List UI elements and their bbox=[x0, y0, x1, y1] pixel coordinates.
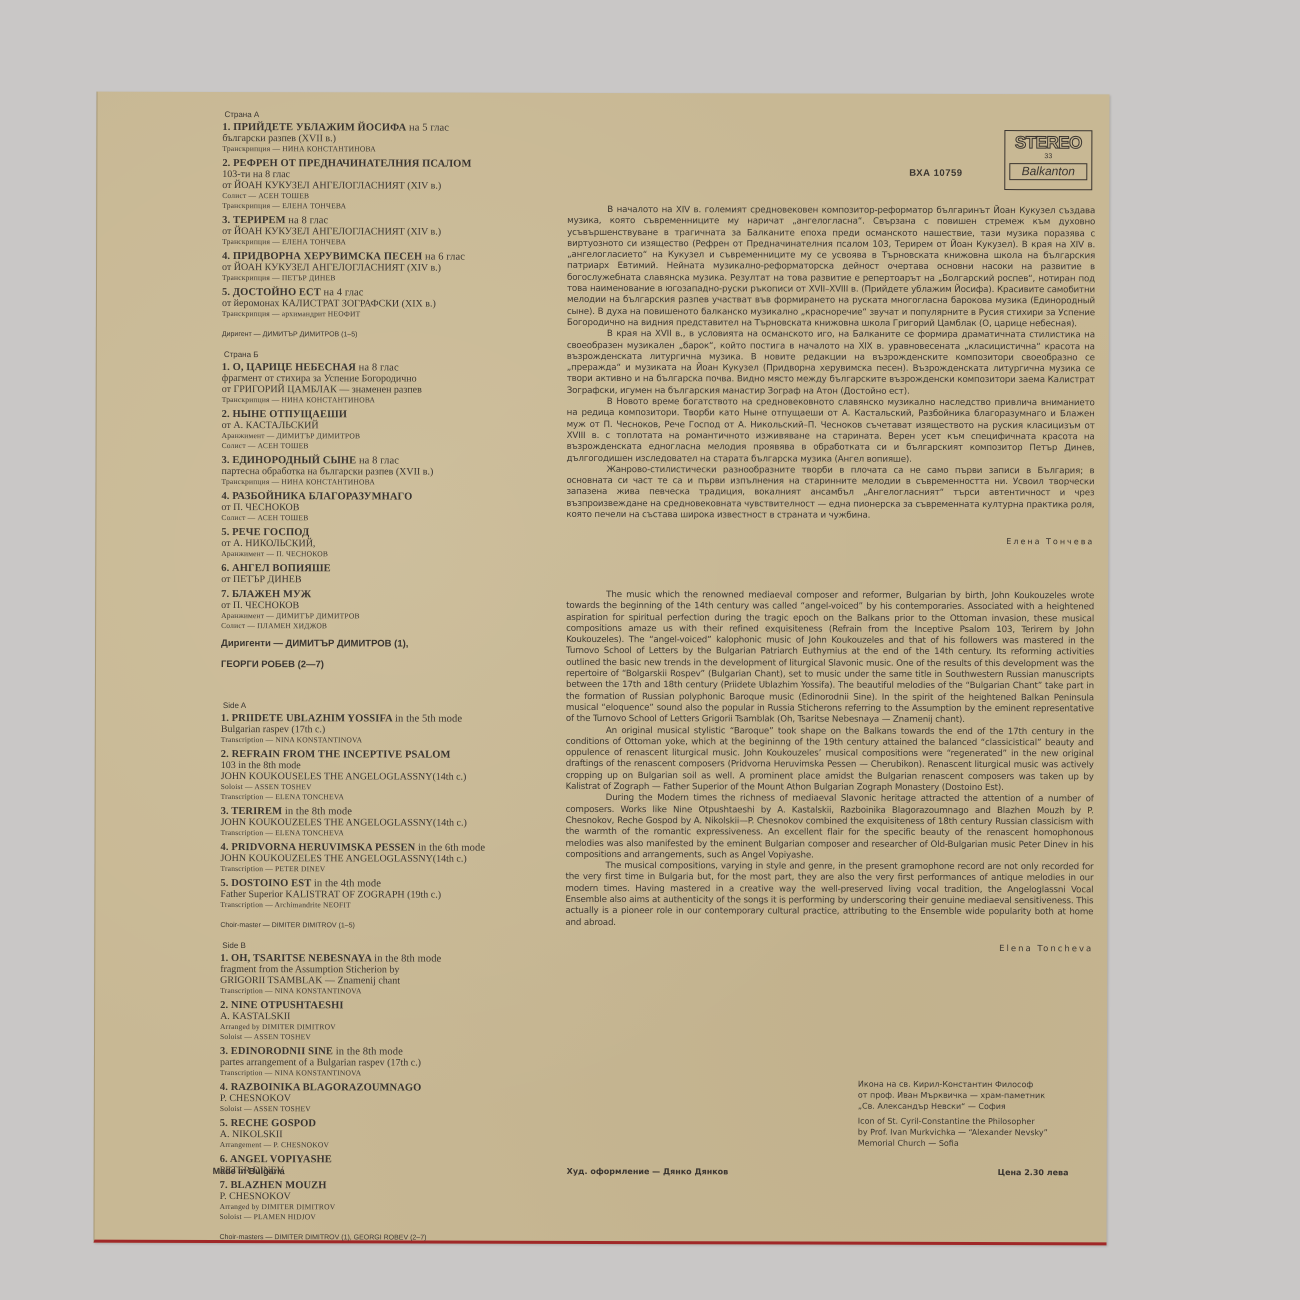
side-a-title-en: Side A bbox=[223, 701, 511, 711]
track-item: 5. РЕЧЕ ГОСПОДот А. НИКОЛЬСКИЙ,Аранжимен… bbox=[221, 527, 511, 560]
track-credit: Transcription — NINA KONSTANTINOVA bbox=[220, 986, 510, 997]
track-item: 3. EDINORODNII SINE in the 8th modeparte… bbox=[220, 1046, 510, 1079]
notes-paragraph: В края на XVII в., в условията на османс… bbox=[567, 329, 1095, 398]
track-credit: Soloist — ASSEN TOSHEV bbox=[220, 1032, 510, 1043]
track-credit: Солист — АСЕН ТОШЕВ bbox=[222, 441, 512, 452]
track-detail: fragment from the Assumption Sticherion … bbox=[220, 964, 510, 976]
track-detail: фрагмент от стихира за Успение Богородич… bbox=[222, 373, 512, 385]
signature-en: Elena Toncheva bbox=[565, 943, 1093, 956]
track-title: 4. РАЗБОЙНИКА БЛАГОРАЗУМНАГО bbox=[221, 491, 511, 503]
track-title: 5. РЕЧЕ ГОСПОД bbox=[221, 527, 511, 539]
track-detail: български разпев (XVII в.) bbox=[222, 133, 512, 145]
track-item: 2. НЫНЕ ОТПУЩАЕШИот А. КАСТАЛЬСКИЙАранжи… bbox=[222, 409, 512, 452]
track-mode: на 5 глас bbox=[409, 122, 449, 133]
track-detail: от П. ЧЕСНОКОВ bbox=[221, 502, 511, 514]
track-title: 2. НЫНЕ ОТПУЩАЕШИ bbox=[222, 409, 512, 421]
track-item: 5. DOSTOINO EST in the 4th modeFather Su… bbox=[220, 878, 510, 911]
track-detail: партесна обработка на български разпев (… bbox=[222, 466, 512, 478]
credit-line: by Prof. Ivan Murkvichka — “Alexander Ne… bbox=[858, 1127, 1098, 1139]
track-title: 4. RAZBOINIKA BLAGORAZOUMNAGO bbox=[220, 1082, 510, 1094]
track-item: 4. RAZBOINIKA BLAGORAZOUMNAGOP. CHESNOKO… bbox=[220, 1082, 510, 1115]
stereo-balkanton-logo: STEREO 33 Balkanton bbox=[1004, 130, 1092, 190]
side-b-tracks-bg: 1. О, ЦАРИЦЕ НЕБЕСНАЯ на 8 гласфрагмент … bbox=[221, 362, 512, 632]
track-mode: на 8 глас bbox=[288, 215, 328, 226]
track-detail: Father Superior KALISTRAT OF ZOGRAPH (19… bbox=[220, 889, 510, 901]
track-title: 2. РЕФРЕН ОТ ПРЕДНАЧИНАТЕЛНИЯ ПСАЛОМ bbox=[222, 158, 512, 170]
track-title: 5. ДОСТОЙНО ЕСТ на 4 глас bbox=[222, 287, 512, 299]
track-mode: in the 5th mode bbox=[395, 713, 462, 724]
notes-paragraph: The music which the renowned mediaeval c… bbox=[566, 590, 1094, 727]
track-mode: in the 4th mode bbox=[314, 878, 381, 889]
track-item: 3. ЕДИНОРОДНЫЙ СЫНЕ на 8 гласпартесна об… bbox=[221, 455, 511, 488]
notes-paragraph: Жанрово-стилистически разнообразните тво… bbox=[566, 465, 1094, 523]
tracklist-column: Страна А 1. ПРИЙДЕТЕ УБЛАЖИМ ЙОСИФА на 5… bbox=[219, 110, 512, 1254]
track-item: 2. NINE OTPUSHTAESHIA. KASTALSKIIArrange… bbox=[220, 1000, 510, 1043]
track-item: 1. О, ЦАРИЦЕ НЕБЕСНАЯ на 8 гласфрагмент … bbox=[222, 362, 512, 406]
track-title: 1. OH, TSARITSE NEBESNAYA in the 8th mod… bbox=[220, 953, 510, 965]
side-a-conductor-bg: Диригент — ДИМИТЪР ДИМИТРОВ (1–5) bbox=[222, 331, 512, 339]
track-item: 1. OH, TSARITSE NEBESNAYA in the 8th mod… bbox=[220, 953, 510, 997]
track-detail: GRIGORII TSAMBLAK — Znamenij chant bbox=[220, 975, 510, 987]
track-mode: in the 8th mode bbox=[336, 1046, 403, 1057]
track-title: 3. ТЕРИРЕМ на 8 глас bbox=[222, 215, 512, 227]
track-title: 2. NINE OTPUSHTAESHI bbox=[220, 1000, 510, 1012]
track-credit: Transcription — PETER DINEV bbox=[220, 864, 510, 875]
track-title: 1. О, ЦАРИЦЕ НЕБЕСНАЯ на 8 глас bbox=[222, 362, 512, 374]
track-mode: на 8 глас bbox=[359, 455, 399, 466]
side-b-conductors-en: Choir-masters — DIMITER DIMITROV (1), GE… bbox=[219, 1234, 509, 1242]
track-credit: Транскрипция — НИНА КОНСТАНТИНОВА bbox=[222, 395, 512, 406]
track-title: 4. PRIDVORNA HERUVIMSKA PESSEN in the 6t… bbox=[221, 842, 511, 854]
track-mode: in the 6th mode bbox=[418, 843, 485, 854]
track-detail: от ГРИГОРИЙ ЦАМБЛАК — знаменен разпев bbox=[222, 384, 512, 396]
track-detail: JOHN KOUKOUZELES THE ANGELOGLASSNY(14th … bbox=[220, 853, 510, 865]
side-b-title-bg: Страна Б bbox=[224, 350, 512, 360]
track-detail: 103-ти на 8 глас bbox=[222, 169, 512, 181]
credit-line: Icon of St. Cyril-Constantine the Philos… bbox=[858, 1116, 1098, 1128]
track-item: 1. ПРИЙДЕТЕ УБЛАЖИМ ЙОСИФА на 5 гласбълг… bbox=[222, 122, 512, 155]
cover-credit-en: Icon of St. Cyril-Constantine the Philos… bbox=[858, 1116, 1098, 1150]
track-credit: Transcription — Archimandrite NEOFIT bbox=[220, 900, 510, 911]
track-item: 5. RECHE GOSPODA. NIKOLSKIIArrangement —… bbox=[220, 1118, 510, 1151]
tracklist-bg: Страна А 1. ПРИЙДЕТЕ УБЛАЖИМ ЙОСИФА на 5… bbox=[221, 110, 512, 674]
liner-notes-en: The music which the renowned mediaeval c… bbox=[565, 590, 1094, 956]
track-credit: Транскрипция — НИНА КОНСТАНТИНОВА bbox=[221, 477, 511, 488]
notes-paragraph: В началото на XIV в. големият средновеко… bbox=[567, 205, 1095, 331]
track-detail: P. CHESNOKOV bbox=[220, 1093, 510, 1105]
balkanton-brand: Balkanton bbox=[1009, 163, 1087, 180]
made-in-label: Made in Bulgaria bbox=[213, 1166, 285, 1176]
credit-line: „Св. Александър Невски“ — София bbox=[858, 1101, 1098, 1113]
track-credit: Soloist — ASSEN TOSHEV bbox=[220, 1104, 510, 1115]
notes-paragraph: The musical compositions, varying in sty… bbox=[565, 861, 1093, 930]
track-detail: от ЙОАН КУКУЗЕЛ АНГЕЛОГЛАСНИЯТ (XIV в.) bbox=[222, 262, 512, 274]
track-credit: Транскрипция — ЕЛЕНА ТОНЧЕВА bbox=[222, 201, 512, 212]
track-credit: Транскрипция — ПЕТЪР ДИНЕВ bbox=[222, 273, 512, 284]
price-label: Цена 2.30 лева bbox=[998, 1168, 1069, 1177]
credit-line: Memorial Church — Sofia bbox=[858, 1138, 1098, 1150]
track-credit: Transcription — ELENA TONCHEVA bbox=[221, 828, 511, 839]
stereo-mark: STEREO bbox=[1005, 133, 1091, 153]
track-mode: на 4 глас bbox=[324, 287, 364, 298]
track-detail: от йеромонах КАЛИСТРАТ ЗОГРАФСКИ (XIX в.… bbox=[222, 298, 512, 310]
notes-paragraph: В Новото време богатството на средновеко… bbox=[567, 397, 1095, 466]
record-sleeve-back: Страна А 1. ПРИЙДЕТЕ УБЛАЖИМ ЙОСИФА на 5… bbox=[93, 92, 1109, 1246]
tracklist-en: Side A 1. PRIIDETE UBLAZHIM YOSSIFA in t… bbox=[219, 701, 510, 1242]
track-detail: partes arrangement of a Bulgarian raspev… bbox=[220, 1057, 510, 1069]
track-item: 4. PRIDVORNA HERUVIMSKA PESSEN in the 6t… bbox=[220, 842, 510, 875]
track-title: 6. ANGEL VOPIYASHE bbox=[220, 1154, 510, 1166]
track-title: 7. БЛАЖЕН МУЖ bbox=[221, 589, 511, 601]
track-mode: на 8 глас bbox=[359, 362, 399, 373]
track-item: 5. ДОСТОЙНО ЕСТ на 4 гласот йеромонах КА… bbox=[222, 287, 512, 320]
notes-paragraph: An original musical stylistic “Baroque” … bbox=[566, 725, 1094, 794]
track-credit: Аранжимент — П. ЧЕСНОКОВ bbox=[221, 549, 511, 560]
side-b-conductors-bg-line2: ГЕОРГИ РОБЕВ (2—7) bbox=[221, 656, 511, 674]
track-detail: от ЙОАН КУКУЗЕЛ АНГЕЛОГЛАСНИЯТ (XIV в.) bbox=[222, 180, 512, 192]
track-title: 3. EDINORODNII SINE in the 8th mode bbox=[220, 1046, 510, 1058]
track-title: 4. ПРИДВОРНА ХЕРУВИМСКА ПЕСЕН на 6 глас bbox=[222, 251, 512, 263]
side-a-conductor-en: Choir-master — DIMITER DIMITROV (1–5) bbox=[220, 922, 510, 930]
track-title: 3. TERIREM in the 8th mode bbox=[221, 806, 511, 818]
track-item: 3. ТЕРИРЕМ на 8 гласот ЙОАН КУКУЗЕЛ АНГЕ… bbox=[222, 215, 512, 248]
track-credit: Солист — ПЛАМЕН ХИДЖОВ bbox=[221, 621, 511, 632]
liner-notes-bg: В началото на XIV в. големият средновеко… bbox=[566, 205, 1095, 548]
signature-bg: Елена Тончева bbox=[566, 535, 1094, 548]
track-credit: Транскрипция — ЕЛЕНА ТОНЧЕВА bbox=[222, 237, 512, 248]
track-item: 1. PRIIDETE UBLAZHIM YOSSIFA in the 5th … bbox=[221, 713, 511, 746]
liner-notes-en-paragraphs: The music which the renowned mediaeval c… bbox=[565, 590, 1094, 930]
track-detail: JOHN KOUKOUZELES THE ANGELOGLASSNY(14th … bbox=[221, 817, 511, 829]
track-title: 5. DOSTOINO EST in the 4th mode bbox=[220, 878, 510, 890]
track-item: 4. РАЗБОЙНИКА БЛАГОРАЗУМНАГОот П. ЧЕСНОК… bbox=[221, 491, 511, 524]
track-title: 6. АНГЕЛ ВОПИЯШЕ bbox=[221, 563, 511, 575]
track-detail: P. CHESNOKOV bbox=[220, 1191, 510, 1203]
track-credit: Arrangement — P. CHESNOKOV bbox=[220, 1140, 510, 1151]
track-item: 3. TERIREM in the 8th modeJOHN KOUKOUZEL… bbox=[221, 806, 511, 839]
track-mode: in the 8th mode bbox=[374, 953, 441, 964]
track-item: 7. БЛАЖЕН МУЖот П. ЧЕСНОКОВАранжимент — … bbox=[221, 589, 511, 632]
track-title: 1. ПРИЙДЕТЕ УБЛАЖИМ ЙОСИФА на 5 глас bbox=[222, 122, 512, 134]
track-title: 5. RECHE GOSPOD bbox=[220, 1118, 510, 1130]
track-credit: Транскрипция — НИНА КОНСТАНТИНОВА bbox=[222, 144, 512, 155]
cover-credit-bg: Икона на св. Кирил-Константин Философот … bbox=[858, 1079, 1098, 1113]
track-detail: от А. НИКОЛЬСКИЙ, bbox=[221, 538, 511, 550]
track-detail: 103 in the 8th mode bbox=[221, 760, 511, 772]
side-b-title-en: Side B bbox=[222, 941, 510, 951]
track-title: 3. ЕДИНОРОДНЫЙ СЫНЕ на 8 глас bbox=[222, 455, 512, 467]
track-detail: от П. ЧЕСНОКОВ bbox=[221, 600, 511, 612]
track-detail: A. KASTALSKII bbox=[220, 1011, 510, 1023]
track-item: 6. АНГЕЛ ВОПИЯШЕот ПЕТЪР ДИНЕВ bbox=[221, 563, 511, 586]
track-detail: JOHN KOUKOUSELES THE ANGELOGLASSNY(14th … bbox=[221, 771, 511, 783]
liner-notes-bg-paragraphs: В началото на XIV в. големият средновеко… bbox=[566, 205, 1095, 523]
track-detail: от А. КАСТАЛЬСКИЙ bbox=[222, 420, 512, 432]
track-credit: Soloist — PLAMEN HIDJOV bbox=[220, 1212, 510, 1223]
track-detail: A. NIKOLSKII bbox=[220, 1129, 510, 1141]
credit-line: от проф. Иван Мърквичка — храм-паметник bbox=[858, 1090, 1098, 1102]
side-b-conductors-bg-line1: Диригенти — ДИМИТЪР ДИМИТРОВ (1), bbox=[221, 635, 511, 653]
track-title: 2. REFRAIN FROM THE INCEPTIVE PSALOM bbox=[221, 749, 511, 761]
track-item: 7. BLAZHEN MOUZHP. CHESNOKOVArranged by … bbox=[220, 1180, 510, 1223]
track-credit: Transcription — NINA KONSTANTINOVA bbox=[221, 735, 511, 746]
rpm-33-icon: 33 bbox=[1005, 153, 1091, 161]
side-b-tracks-en: 1. OH, TSARITSE NEBESNAYA in the 8th mod… bbox=[220, 953, 511, 1223]
side-a-tracks-bg: 1. ПРИЙДЕТЕ УБЛАЖИМ ЙОСИФА на 5 гласбълг… bbox=[222, 122, 513, 320]
track-detail: от ЙОАН КУКУЗЕЛ АНГЕЛОГЛАСНИЯТ (XIV в.) bbox=[222, 226, 512, 238]
track-mode: in the 8th mode bbox=[285, 806, 352, 817]
track-credit: Transcription — NINA KONSTANTINOVA bbox=[220, 1068, 510, 1079]
track-title: 1. PRIIDETE UBLAZHIM YOSSIFA in the 5th … bbox=[221, 713, 511, 725]
track-item: 2. REFRAIN FROM THE INCEPTIVE PSALOM103 … bbox=[221, 749, 511, 803]
track-item: 4. ПРИДВОРНА ХЕРУВИМСКА ПЕСЕН на 6 гласо… bbox=[222, 251, 512, 284]
track-item: 2. РЕФРЕН ОТ ПРЕДНАЧИНАТЕЛНИЯ ПСАЛОМ103-… bbox=[222, 158, 512, 212]
track-detail: Bulgarian raspev (17th c.) bbox=[221, 724, 511, 736]
side-a-title-bg: Страна А bbox=[224, 110, 512, 120]
side-a-tracks-en: 1. PRIIDETE UBLAZHIM YOSSIFA in the 5th … bbox=[220, 713, 511, 911]
track-title: 7. BLAZHEN MOUZH bbox=[220, 1180, 510, 1192]
catalog-number: ВХА 10759 bbox=[909, 168, 962, 179]
cover-credit: Икона на св. Кирил-Константин Философот … bbox=[858, 1079, 1098, 1150]
track-detail: от ПЕТЪР ДИНЕВ bbox=[221, 574, 511, 586]
notes-paragraph: During the Modern times the richness of … bbox=[565, 793, 1093, 862]
track-credit: Солист — АСЕН ТОШЕВ bbox=[221, 513, 511, 524]
track-credit: Транскрипция — архимандрит НЕОФИТ bbox=[222, 309, 512, 320]
design-credit: Худ. оформление — Дянко Дянков bbox=[567, 1167, 729, 1176]
track-mode: на 6 глас bbox=[425, 252, 465, 263]
track-credit: Transcription — ELENA TONCHEVA bbox=[221, 792, 511, 803]
credit-line: Икона на св. Кирил-Константин Философ bbox=[858, 1079, 1098, 1091]
